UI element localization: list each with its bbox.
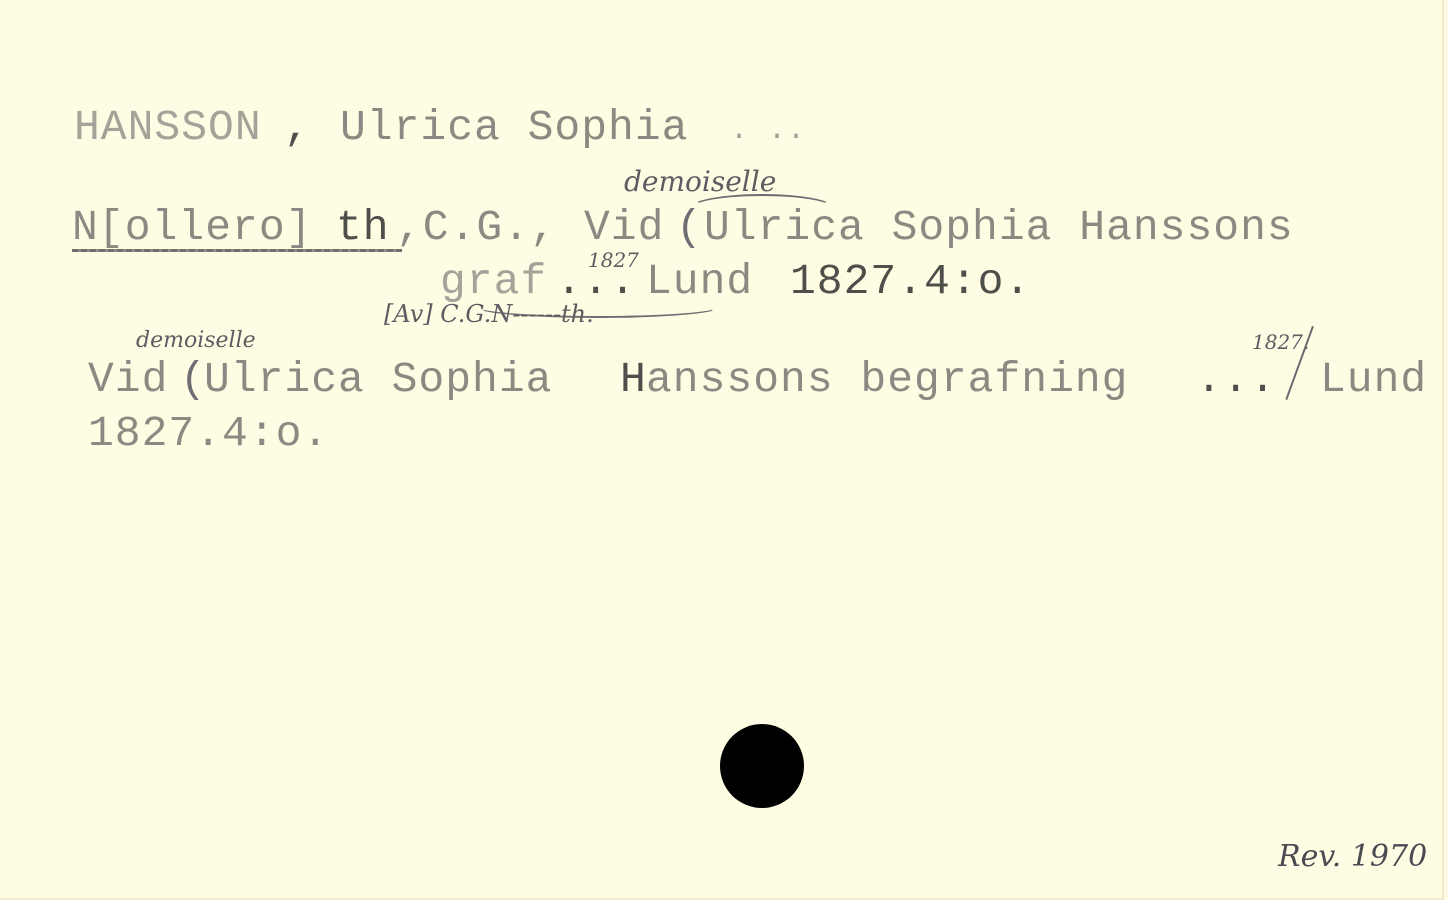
entry1-author-rest: ,C.G., <box>396 206 557 249</box>
entry2-title-end: anssons begrafning <box>646 358 1128 401</box>
entry1-line2-place: Lund <box>646 260 753 303</box>
entry1-annotation-author: [Av] C.G.N------th. <box>384 302 594 326</box>
entry2-annotation-demoiselle: demoiselle <box>136 330 256 352</box>
entry1-line2-start: graf <box>440 260 547 303</box>
entry1-author-bracket: [ollero] <box>98 206 312 249</box>
entry2-open-paren: ( <box>180 358 207 401</box>
author-underline <box>72 249 402 252</box>
entry1-author-prefix: N <box>72 206 99 249</box>
entry2-place: Lund <box>1320 358 1427 401</box>
entry2-title-h: H <box>620 358 647 401</box>
entry2-line2: 1827.4:o. <box>88 412 329 455</box>
entry2-annotation-year: 1827. <box>1252 332 1309 352</box>
heading-trailing-dots: . .. <box>730 116 806 146</box>
heading-surname: HANSSON <box>74 106 262 149</box>
punch-hole <box>720 724 804 808</box>
entry2-title-start: Vid <box>88 358 168 401</box>
entry2-ellipsis: ... <box>1196 358 1276 401</box>
entry2-title-rest: Ulrica Sophia <box>204 358 552 401</box>
entry1-annotation-demoiselle: demoiselle <box>624 168 776 196</box>
entry1-author-suffix: th <box>336 206 390 249</box>
entry1-line2-year: 1827.4:o. <box>790 260 1031 303</box>
revision-note: Rev. 1970 <box>1278 842 1427 872</box>
heading-comma: , <box>284 106 311 149</box>
entry1-annotation-year: 1827 <box>588 250 639 270</box>
catalog-card: HANSSON , Ulrica Sophia . .. N [ollero] … <box>0 0 1444 900</box>
entry1-insertion-arc <box>690 194 834 222</box>
heading-given-names: Ulrica Sophia <box>340 106 688 149</box>
entry1-title-start: Vid <box>584 206 664 249</box>
